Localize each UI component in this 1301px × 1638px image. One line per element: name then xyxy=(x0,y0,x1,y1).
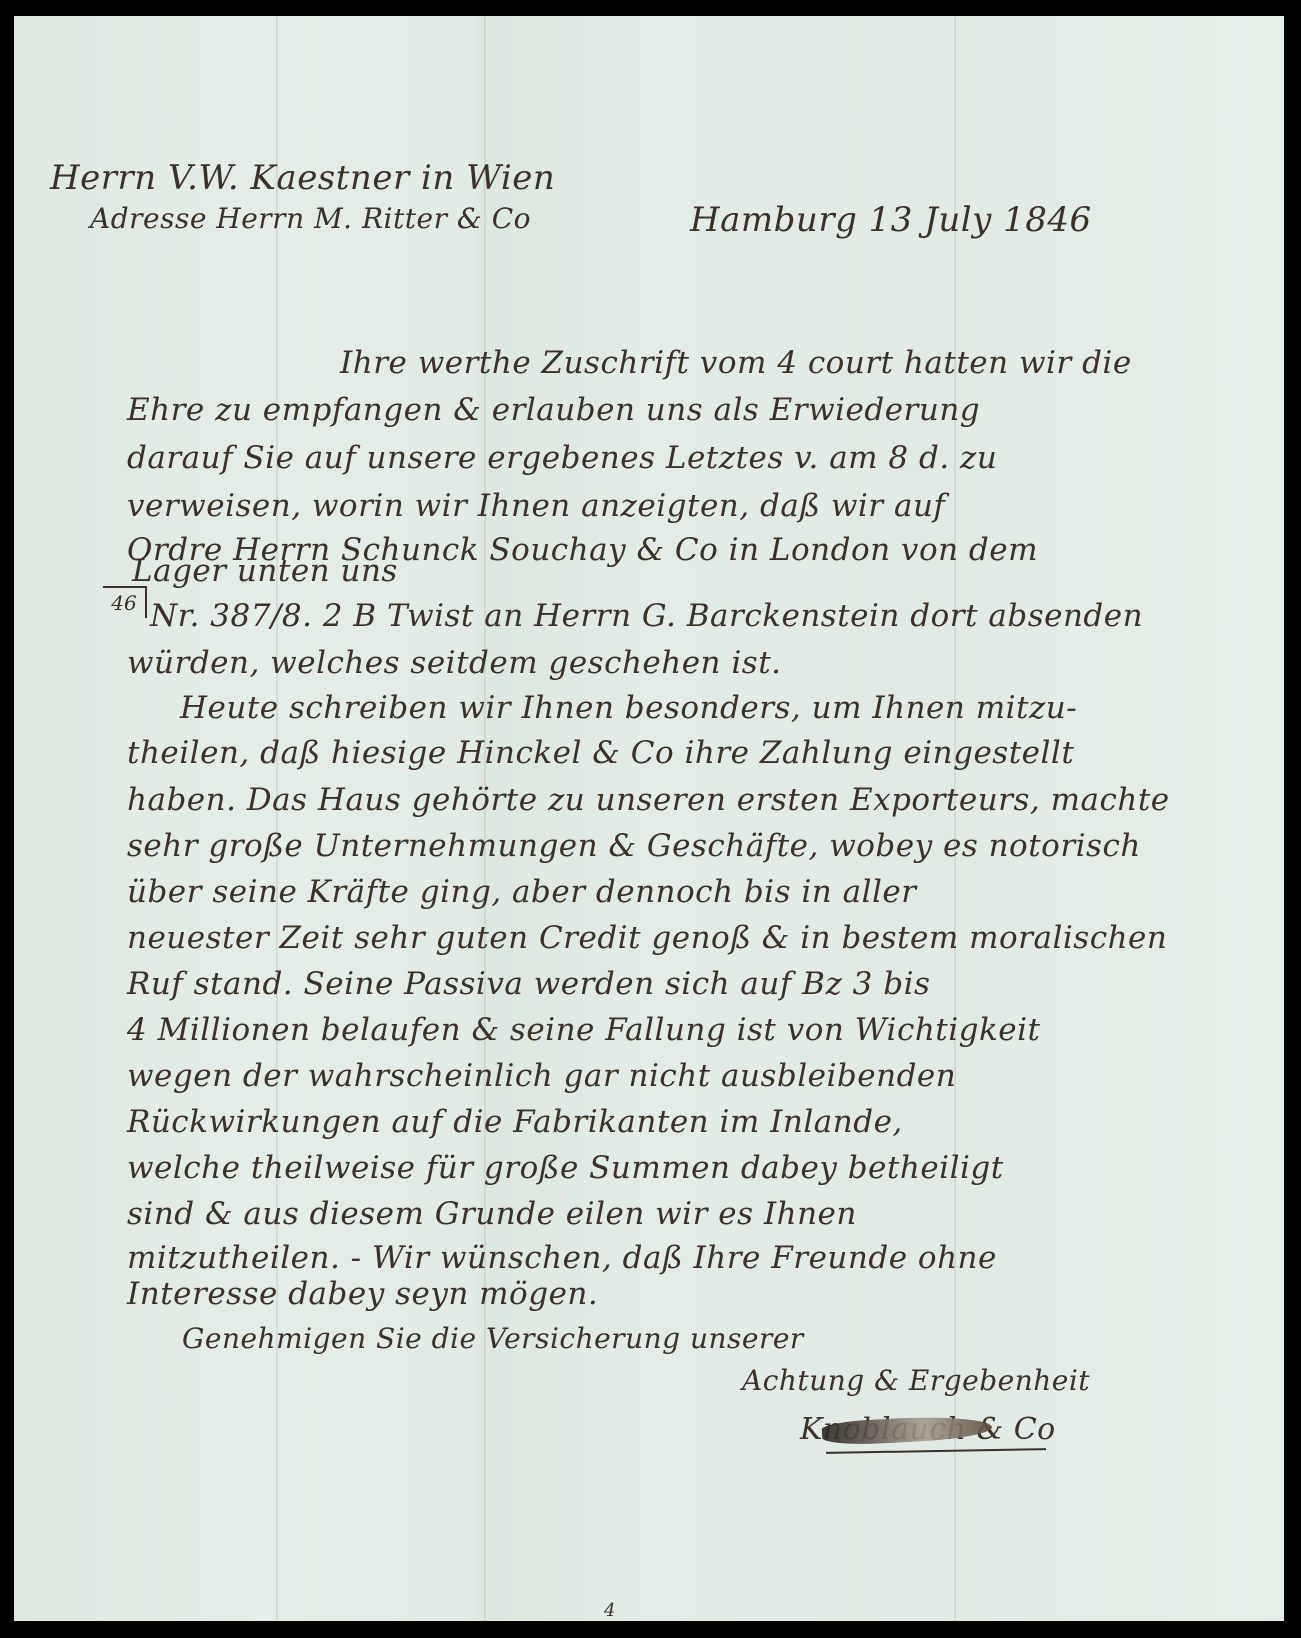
body-line: sind & aus diesem Grunde eilen wir es Ih… xyxy=(127,1196,857,1232)
body-line: darauf Sie auf unsere ergebenes Letztes … xyxy=(127,440,997,476)
fold-line xyxy=(484,16,486,1621)
body-line: 4 Millionen belaufen & seine Fallung ist… xyxy=(127,1012,1041,1048)
body-line: mitzutheilen. - Wir wünschen, daß Ihre F… xyxy=(127,1240,997,1276)
body-line: haben. Das Haus gehörte zu unseren erste… xyxy=(127,782,1170,818)
body-line: sehr große Unternehmungen & Geschäfte, w… xyxy=(127,828,1141,864)
body-line: Nr. 387/8. 2 B Twist an Herrn G. Barcken… xyxy=(150,598,1143,634)
page-number: 4 xyxy=(604,1600,615,1621)
body-line: Genehmigen Sie die Versicherung unserer xyxy=(182,1322,804,1355)
body-line: Rückwirkungen auf die Fabrikanten im Inl… xyxy=(127,1104,903,1140)
body-line: Ehre zu empfangen & erlauben uns als Erw… xyxy=(127,392,980,428)
fold-line xyxy=(276,16,278,1621)
body-line: Heute schreiben wir Ihnen besonders, um … xyxy=(180,690,1077,726)
body-line: über seine Kräfte ging, aber dennoch bis… xyxy=(127,874,917,910)
body-line: Ihre werthe Zuschrift vom 4 court hatten… xyxy=(340,345,1132,381)
body-line: verweisen, worin wir Ihnen anzeigten, da… xyxy=(127,488,945,524)
body-line: Ruf stand. Seine Passiva werden sich auf… xyxy=(127,966,930,1002)
body-line: Lager unten uns xyxy=(132,553,398,589)
body-line: neuester Zeit sehr guten Credit genoß & … xyxy=(127,920,1167,956)
margin-reference-box: 46 xyxy=(103,586,147,618)
closing-line: Achtung & Ergebenheit xyxy=(742,1364,1090,1397)
place-date: Hamburg 13 July 1846 xyxy=(690,200,1092,240)
body-line: theilen, daß hiesige Hinckel & Co ihre Z… xyxy=(127,735,1074,771)
body-line: würden, welches seitdem geschehen ist. xyxy=(127,645,782,681)
recipient-line: Herrn V.W. Kaestner in Wien xyxy=(50,158,555,198)
body-line: wegen der wahrscheinlich gar nicht ausbl… xyxy=(127,1058,956,1094)
letter-paper xyxy=(14,16,1284,1621)
body-line: welche theilweise für große Summen dabey… xyxy=(127,1150,1004,1186)
address-line: Adresse Herrn M. Ritter & Co xyxy=(90,202,531,235)
body-line: Interesse dabey seyn mögen. xyxy=(127,1276,598,1312)
